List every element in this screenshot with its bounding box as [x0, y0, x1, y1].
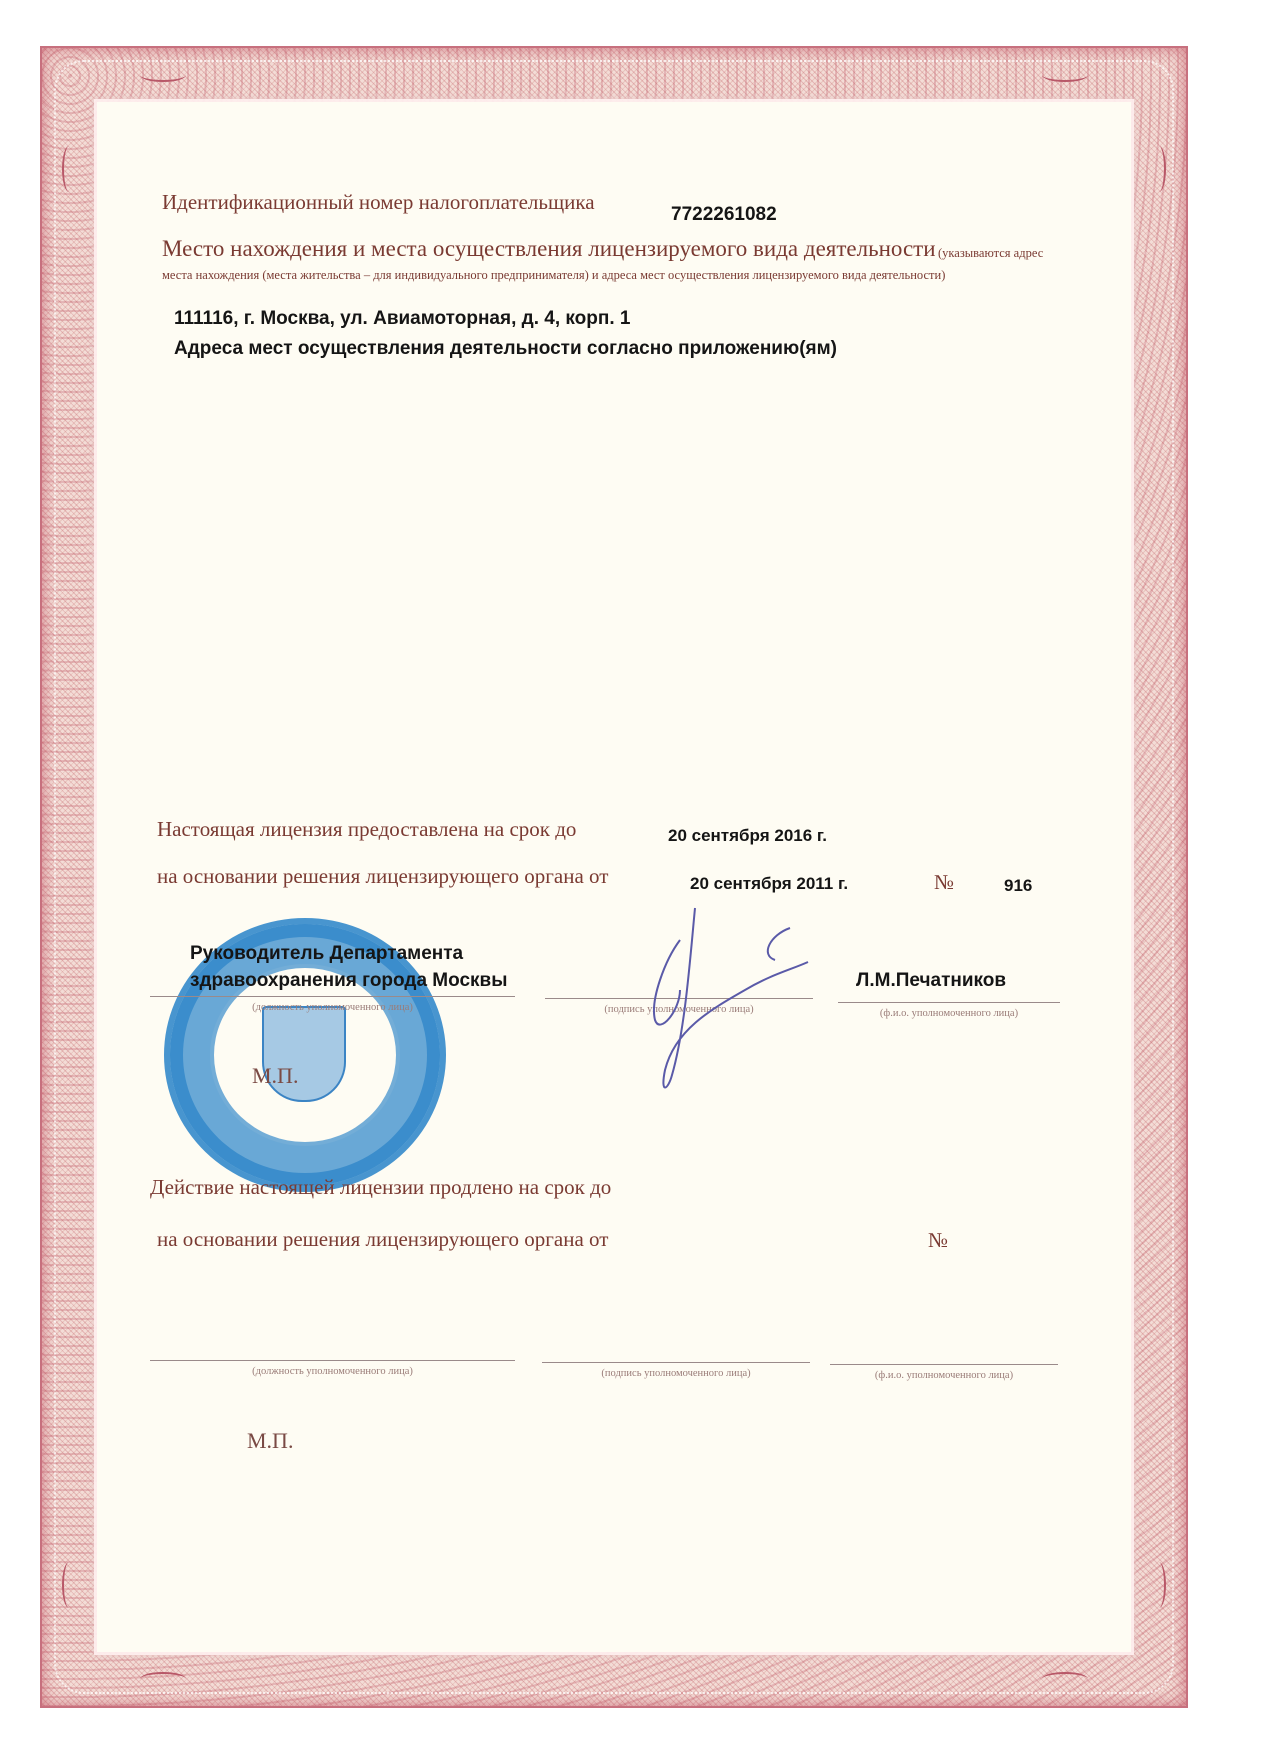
- name-line: [838, 1002, 1060, 1003]
- corner-ornament: [1152, 146, 1166, 192]
- corner-ornament: [140, 68, 186, 82]
- extension-name-caption: (ф.и.о. уполномоченного лица): [830, 1370, 1058, 1381]
- licensee-address: 111116, г. Москва, ул. Авиамоторная, д. …: [174, 308, 630, 330]
- corner-ornament: [1042, 68, 1088, 82]
- decision-number: 916: [1004, 876, 1032, 896]
- extension-number-sign: №: [928, 1228, 948, 1253]
- decision-label: на основании решения лицензирующего орга…: [157, 864, 608, 889]
- signatory-position-2: здравоохранения города Москвы: [190, 970, 507, 992]
- corner-ornament: [62, 146, 76, 192]
- extension-position-line: [150, 1360, 515, 1361]
- extension-signature-caption: (подпись уполномоченного лица): [542, 1368, 810, 1379]
- number-sign: №: [934, 870, 954, 895]
- extension-decision-label: на основании решения лицензирующего орга…: [157, 1227, 608, 1252]
- name-caption: (ф.и.о. уполномоченного лица): [838, 1008, 1060, 1019]
- activity-addresses: Адреса мест осуществления деятельности с…: [174, 338, 837, 360]
- signatory-position-1: Руководитель Департамента: [190, 943, 463, 965]
- corner-ornament: [1042, 1672, 1088, 1686]
- position-line: [150, 996, 515, 997]
- taxpayer-id-label: Идентификационный номер налогоплательщик…: [162, 190, 595, 215]
- location-hint-2: места нахождения (места жительства – для…: [162, 268, 945, 283]
- location-label: Место нахождения и места осуществления л…: [162, 236, 936, 262]
- corner-ornament: [140, 1672, 186, 1686]
- position-caption: (должность уполномоченного лица): [150, 1002, 515, 1013]
- extension-signature-line: [542, 1362, 810, 1363]
- location-hint-1: (указываются адрес: [938, 246, 1043, 261]
- extension-position-caption: (должность уполномоченного лица): [150, 1366, 515, 1377]
- extension-name-line: [830, 1364, 1058, 1365]
- handwritten-signature: [640, 900, 840, 1100]
- taxpayer-id-value: 7722261082: [671, 204, 777, 226]
- corner-ornament: [1152, 1562, 1166, 1608]
- seal-mark: М.П.: [252, 1063, 298, 1089]
- term-value: 20 сентября 2016 г.: [668, 826, 827, 846]
- decision-date: 20 сентября 2011 г.: [690, 874, 848, 894]
- extension-term-label: Действие настоящей лицензии продлено на …: [150, 1175, 611, 1200]
- term-label: Настоящая лицензия предоставлена на срок…: [157, 817, 576, 842]
- extension-seal-mark: М.П.: [247, 1428, 293, 1454]
- signatory-name: Л.М.Печатников: [856, 970, 1006, 992]
- corner-ornament: [62, 1562, 76, 1608]
